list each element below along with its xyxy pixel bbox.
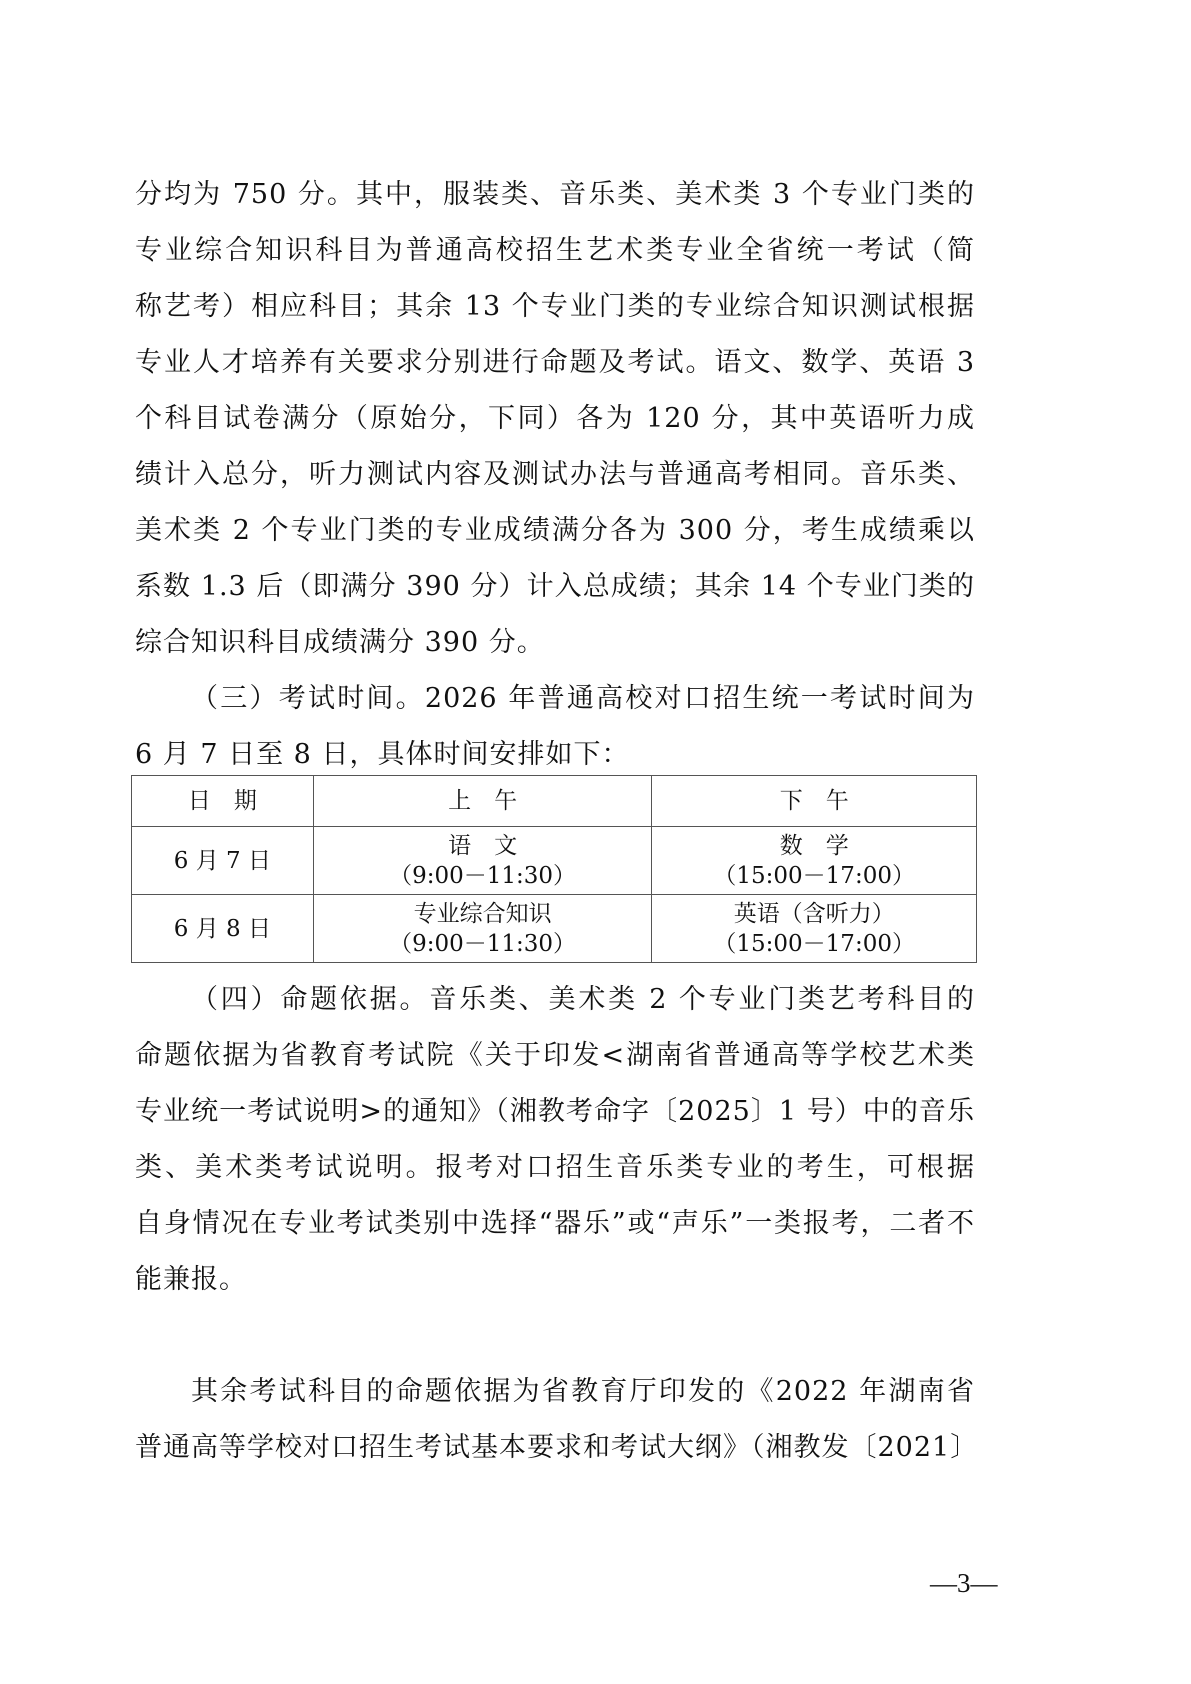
cell-morning: 专业综合知识 （9:00－11:30） <box>313 895 652 963</box>
body-text-line: 综合知识科目成绩满分 390 分。 <box>135 626 975 660</box>
section-4-text-line: 类、美术类考试说明。报考对口招生音乐类专业的考生，可根据 <box>135 1151 975 1185</box>
subject: 专业综合知识 <box>314 899 652 929</box>
body-text-line: 分均为 750 分。其中，服装类、音乐类、美术类 3 个专业门类的 <box>135 178 975 212</box>
header-date: 日 期 <box>132 776 314 827</box>
cell-afternoon: 英语（含听力） （15:00－17:00） <box>652 895 977 963</box>
section-3-heading-line: （三）考试时间。2026 年普通高校对口招生统一考试时间为 <box>135 682 975 716</box>
subject: 语 文 <box>314 831 652 861</box>
cell-date: 6 月 7 日 <box>132 827 314 895</box>
time-range: （9:00－11:30） <box>314 861 652 891</box>
time-range: （15:00－17:00） <box>652 861 976 891</box>
table-header-row: 日 期 上 午 下 午 <box>132 776 977 827</box>
page-number: —3— <box>930 1568 998 1599</box>
cell-date: 6 月 8 日 <box>132 895 314 963</box>
subject: 数 学 <box>652 831 976 861</box>
remaining-text-line: 普通高等学校对口招生考试基本要求和考试大纲》（湘教发〔2021〕 <box>135 1431 975 1465</box>
cell-afternoon: 数 学 （15:00－17:00） <box>652 827 977 895</box>
section-3-text-line: 6 月 7 日至 8 日，具体时间安排如下： <box>135 738 975 772</box>
section-4-text-line: 能兼报。 <box>135 1263 975 1297</box>
section-4-text-line: 自身情况在专业考试类别中选择“器乐”或“声乐”一类报考，二者不 <box>135 1207 975 1241</box>
table-row: 6 月 8 日 专业综合知识 （9:00－11:30） 英语（含听力） （15:… <box>132 895 977 963</box>
body-text-line: 系数 1.3 后（即满分 390 分）计入总成绩；其余 14 个专业门类的 <box>135 570 975 604</box>
header-afternoon: 下 午 <box>652 776 977 827</box>
time-range: （15:00－17:00） <box>652 929 976 959</box>
remaining-text-line: 其余考试科目的命题依据为省教育厅印发的《2022 年湖南省 <box>135 1375 975 1409</box>
exam-schedule-table: 日 期 上 午 下 午 6 月 7 日 语 文 （9:00－11:30） 数 学… <box>131 775 977 963</box>
body-text-line: 专业人才培养有关要求分别进行命题及考试。语文、数学、英语 3 <box>135 346 975 380</box>
subject: 英语（含听力） <box>652 899 976 929</box>
section-4-text-line: 命题依据为省教育考试院《关于印发<湖南省普通高等学校艺术类 <box>135 1039 975 1073</box>
header-morning: 上 午 <box>313 776 652 827</box>
body-text-line: 称艺考）相应科目；其余 13 个专业门类的专业综合知识测试根据 <box>135 290 975 324</box>
body-text-line: 专业综合知识科目为普通高校招生艺术类专业全省统一考试（简 <box>135 234 975 268</box>
section-4-text-line: 专业统一考试说明>的通知》（湘教考命字〔2025〕1 号）中的音乐 <box>135 1095 975 1129</box>
section-4-heading-line: （四）命题依据。音乐类、美术类 2 个专业门类艺考科目的 <box>135 983 975 1017</box>
cell-morning: 语 文 （9:00－11:30） <box>313 827 652 895</box>
body-text-line: 绩计入总分，听力测试内容及测试办法与普通高考相同。音乐类、 <box>135 458 975 492</box>
table-row: 6 月 7 日 语 文 （9:00－11:30） 数 学 （15:00－17:0… <box>132 827 977 895</box>
body-text-line: 美术类 2 个专业门类的专业成绩满分各为 300 分，考生成绩乘以 <box>135 514 975 548</box>
body-text-line: 个科目试卷满分（原始分，下同）各为 120 分，其中英语听力成 <box>135 402 975 436</box>
time-range: （9:00－11:30） <box>314 929 652 959</box>
